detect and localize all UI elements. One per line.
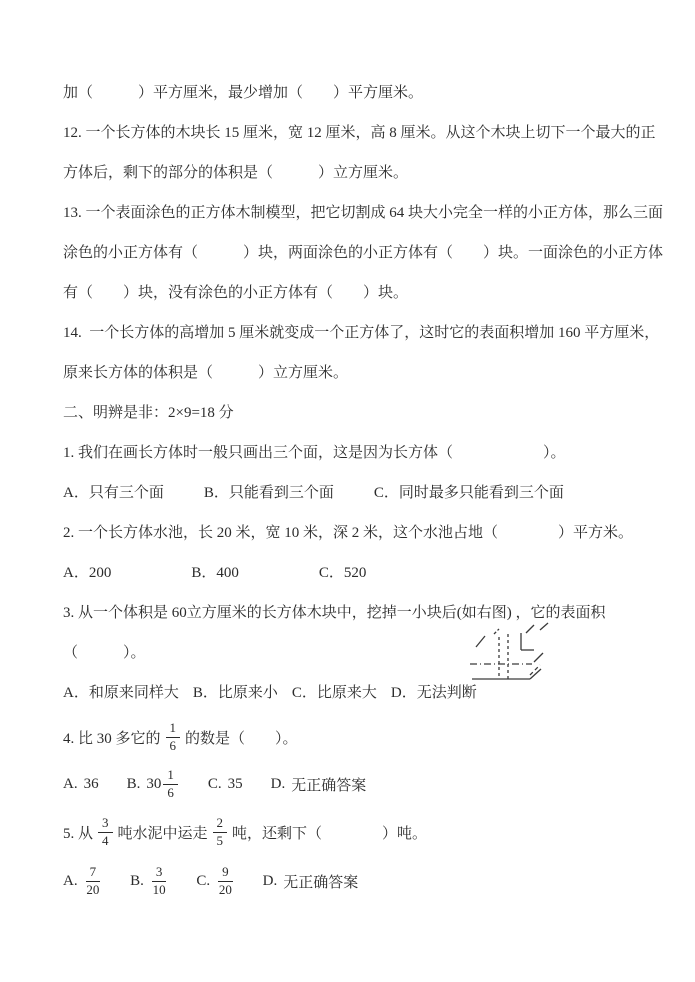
q3-option-d: D．无法判断 bbox=[391, 673, 477, 713]
question-13-line-2: 涂色的小正方体有（ ）块，两面涂色的小正方体有（ ）块。一面涂色的小正方体 bbox=[63, 233, 643, 273]
cuboid-cutout-sketch bbox=[468, 620, 556, 684]
q4-suffix: 的数是（ ）。 bbox=[185, 727, 298, 748]
question-3-line-2: （ ）。 bbox=[63, 633, 643, 673]
q3-option-b: B．比原来小 bbox=[193, 673, 278, 713]
q5-option-d: D. 无正确答案 bbox=[263, 871, 359, 892]
question-2-options: A．200 B．400 C．520 bbox=[63, 553, 643, 593]
q5-option-b: B. 3 10 bbox=[130, 865, 168, 898]
question-13-line-3: 有（ ）块，没有涂色的小正方体有（ ）块。 bbox=[63, 273, 643, 313]
question-4-text: 4. 比 30 多它的 1 6 的数是（ ）。 bbox=[63, 713, 643, 761]
section-2-heading: 二、明辨是非：2×9=18 分 bbox=[63, 393, 643, 433]
q3-option-c: C．比原来大 bbox=[292, 673, 377, 713]
question-3-line-1: 3. 从一个体积是 60立方厘米的长方体木块中，挖掉一小块后(如右图) ，它的表… bbox=[63, 593, 643, 633]
question-14-line-2: 原来长方体的体积是（ ）立方厘米。 bbox=[63, 353, 643, 393]
cuboid-cutout-figure bbox=[468, 620, 556, 684]
q1-option-c: C．同时最多只能看到三个面 bbox=[374, 473, 564, 513]
question-1-options: A．只有三个面 B．只能看到三个面 C．同时最多只能看到三个面 bbox=[63, 473, 643, 513]
q4-option-d: D. 无正确答案 bbox=[271, 774, 367, 795]
q5-option-c: C. 9 20 bbox=[196, 865, 234, 898]
fraction-one-sixth: 1 6 bbox=[163, 768, 178, 801]
q5-prefix: 5. 从 bbox=[63, 822, 93, 843]
question-5-text: 5. 从 3 4 吨水泥中运走 2 5 吨，还剩下（ ）吨。 bbox=[63, 807, 643, 857]
q2-option-c: C．520 bbox=[319, 553, 367, 593]
q4-option-b: B. 30 1 6 bbox=[127, 768, 180, 801]
q2-option-b: B．400 bbox=[191, 553, 239, 593]
question-12-line-1: 12. 一个长方体的木块长 15 厘米，宽 12 厘米，高 8 厘米。从这个木块… bbox=[63, 113, 643, 153]
question-2-text: 2. 一个长方体水池，长 20 米，宽 10 米，深 2 米，这个水池占地（ ）… bbox=[63, 513, 643, 553]
q5-option-a: A. 7 20 bbox=[63, 865, 102, 898]
question-14-line-1: 14. 一个长方体的高增加 5 厘米就变成一个正方体了，这时它的表面积增加 16… bbox=[63, 313, 643, 353]
fraction-three-tenths: 3 10 bbox=[152, 865, 167, 898]
q5-mid: 吨水泥中运走 bbox=[118, 822, 208, 843]
q4-prefix: 4. 比 30 多它的 bbox=[63, 727, 161, 748]
fraction-one-sixth: 1 6 bbox=[166, 721, 181, 754]
fraction-seven-twentieths: 7 20 bbox=[86, 865, 101, 898]
worksheet-page: { "page": { "background": "#ffffff", "te… bbox=[0, 0, 695, 982]
fraction-nine-twentieths: 9 20 bbox=[218, 865, 233, 898]
question-4-options: A. 36 B. 30 1 6 C. 35 D. 无正确答案 bbox=[63, 761, 643, 807]
question-1-text: 1. 我们在画长方体时一般只画出三个面，这是因为长方体（ ）。 bbox=[63, 433, 643, 473]
fill-blank-line-continuation: 加（ ）平方厘米，最少增加（ ）平方厘米。 bbox=[63, 73, 643, 113]
q4-option-c: C. 35 bbox=[208, 776, 243, 793]
q1-option-b: B．只能看到三个面 bbox=[204, 473, 334, 513]
q2-option-a: A．200 bbox=[63, 553, 111, 593]
question-13-line-1: 13. 一个表面涂色的正方体木制模型，把它切割成 64 块大小完全一样的小正方体… bbox=[63, 193, 643, 233]
q1-option-a: A．只有三个面 bbox=[63, 473, 164, 513]
q5-suffix: 吨，还剩下（ ）吨。 bbox=[232, 822, 427, 843]
fraction-three-fourths: 3 4 bbox=[98, 816, 113, 849]
question-3-options: A．和原来同样大 B．比原来小 C．比原来大 D．无法判断 bbox=[63, 673, 643, 713]
q4-option-a: A. 36 bbox=[63, 776, 99, 793]
question-12-line-2: 方体后，剩下的部分的体积是（ ）立方厘米。 bbox=[63, 153, 643, 193]
fraction-two-fifths: 2 5 bbox=[213, 816, 228, 849]
question-5-options: A. 7 20 B. 3 10 C. 9 20 D. 无正确答案 bbox=[63, 857, 643, 905]
q3-option-a: A．和原来同样大 bbox=[63, 673, 179, 713]
worksheet-body: 加（ ）平方厘米，最少增加（ ）平方厘米。 12. 一个长方体的木块长 15 厘… bbox=[63, 73, 643, 905]
